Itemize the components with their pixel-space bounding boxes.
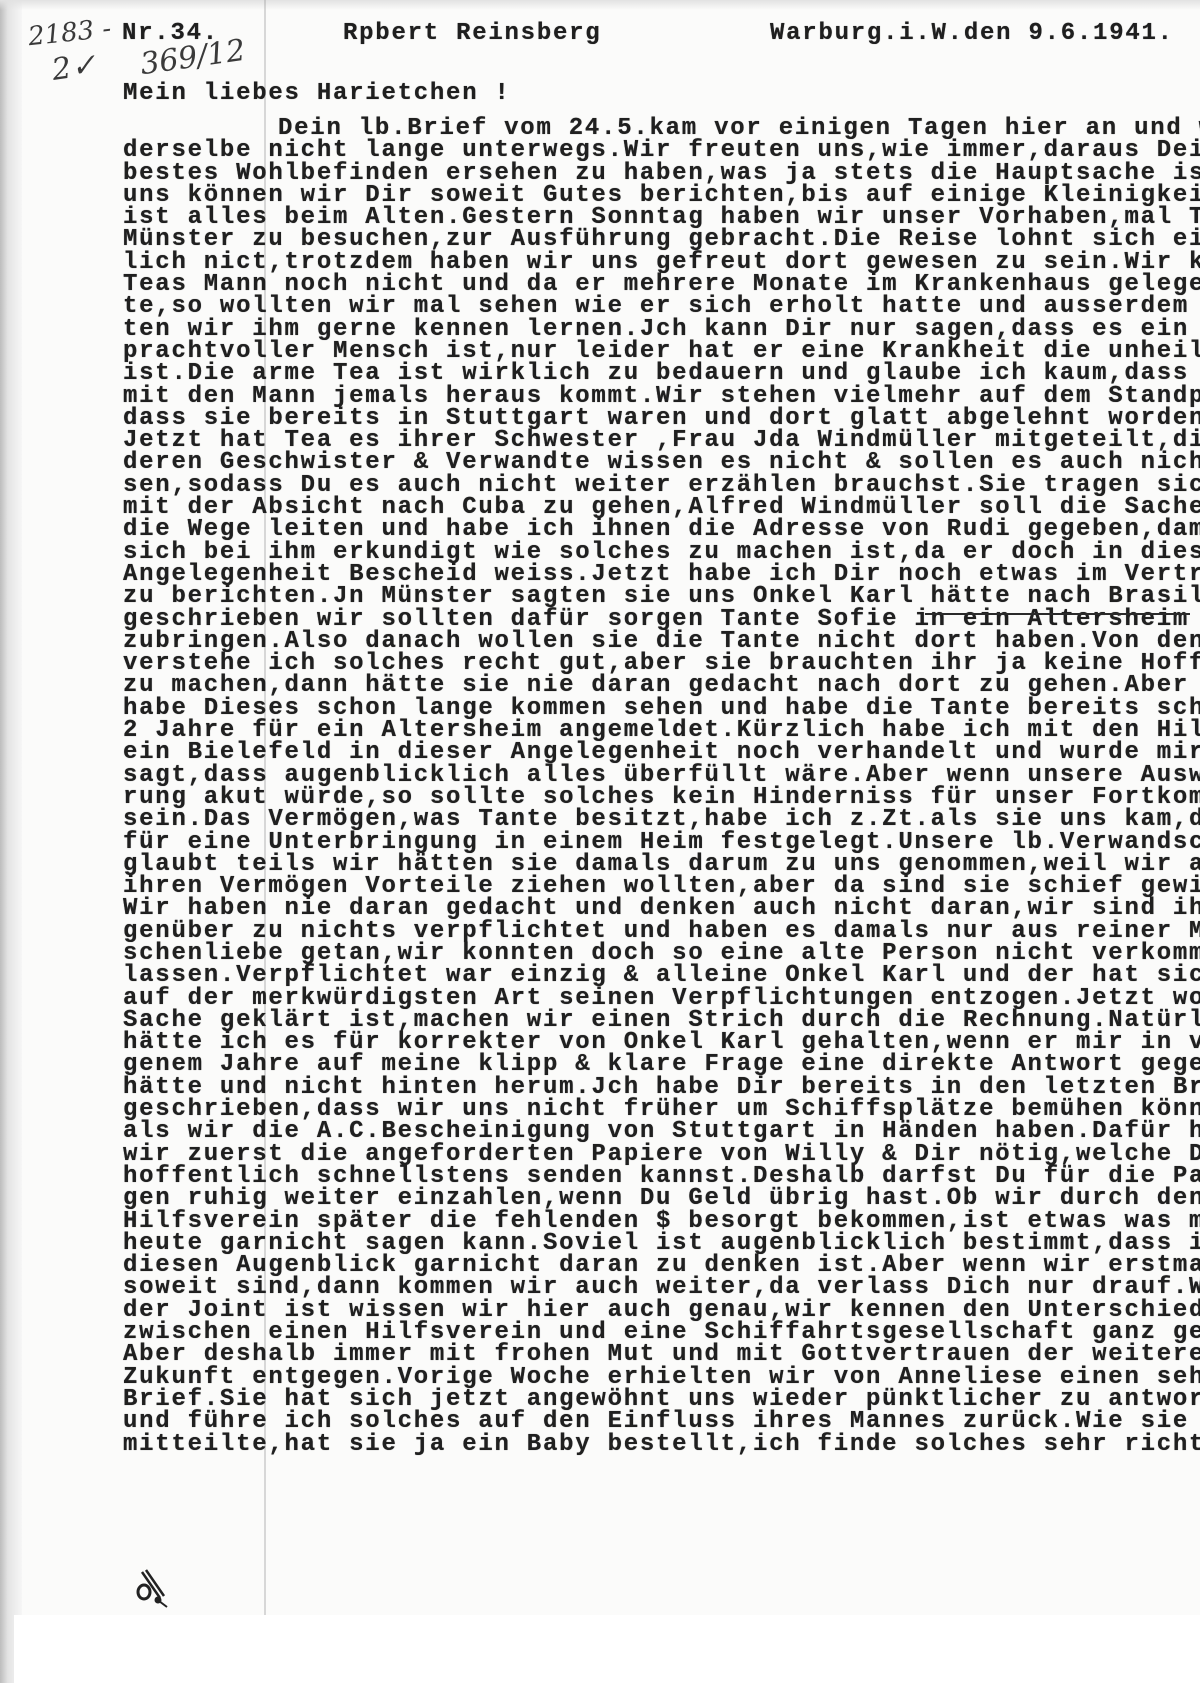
- handwritten-check-mark: 2✓: [50, 47, 99, 88]
- letter-line: mitteilte,hat sie ja ein Baby bestellt,i…: [123, 1434, 1193, 1456]
- letter-body: Dein lb.Brief vom 24.5.kam vor einigen T…: [123, 118, 1193, 1456]
- salutation: Mein liebes Harietchen !: [123, 80, 511, 107]
- letter-number: Nr.34.: [122, 20, 219, 47]
- sender-name: Rpbert Reinsberg: [343, 20, 601, 47]
- underline-im-vertrauen: [925, 613, 1190, 615]
- page-bottom-margin: [14, 1615, 1200, 1683]
- page-top-shadow: [0, 0, 1200, 10]
- place-and-date: Warburg.i.W.den 9.6.1941.: [770, 20, 1174, 47]
- letter-page: 2183 - 2✓ 369/12 Nr.34. Rpbert Reinsberg…: [0, 0, 1200, 1683]
- pen-scribble-icon: [134, 1568, 168, 1608]
- page-edge-shadow: [0, 0, 22, 1683]
- handwritten-archive-number: 2183 -: [27, 14, 113, 53]
